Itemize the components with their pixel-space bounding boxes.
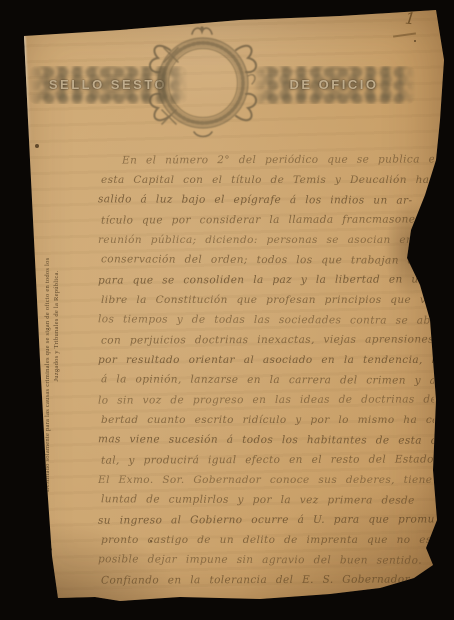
paper-speck [150,540,152,542]
manuscript-line: libre la Constitución que profesan princ… [101,290,434,310]
manuscript-line: En el número 2° del periódico que se pub… [98,149,434,170]
manuscript-line: tal, y producirá igual efecto en el rest… [101,449,434,470]
manuscript-line: á la opinión, lanzarse en la carrera del… [101,369,434,390]
manuscript-line: lo sin voz de progreso en las ideas de d… [98,389,434,410]
manuscript-line: El Exmo. Sor. Gobernador conoce sus debe… [98,470,434,490]
manuscript-line: para que se consoliden la paz y la liber… [98,269,434,290]
manuscript-line: con perjuicios doctrinas inexactas, viej… [101,329,434,350]
manuscript-line: su ingreso al Gobierno ocurre á U. para … [98,509,434,530]
manuscript-line: reunión pública; diciendo: personas se a… [98,230,434,250]
manuscript-line: los tiempos y de todas las sociedades co… [98,309,434,330]
margin-rubric-line: Juzgados y Tribunales de la República. [53,160,62,492]
manuscript-line: conservación del orden; todos los que tr… [101,249,434,270]
manuscript-paper-sheet: 1 SELLO SESTO [0,0,454,620]
manuscript-line: salido á luz bajo el epígrafe á los indi… [98,189,434,210]
scanned-document-photo: 1 SELLO SESTO [0,0,454,620]
paper-speck [44,531,46,534]
manuscript-line: mas viene sucesión á todos los habitante… [98,429,434,450]
paper-speck [414,40,416,42]
printed-margin-rubric: Destinado solamente para las causas crim… [44,160,61,492]
manuscript-line: Confiando en la tolerancia del E. S. Gob… [101,569,434,590]
manuscript-line: bertad cuanto escrito ridículo y por lo … [101,410,434,430]
paper-speck [49,548,52,551]
official-seal-icon [136,24,270,140]
stamp-banner-right: DE OFICIO [252,66,416,104]
manuscript-line: luntad de cumplirlos y por la vez primer… [101,489,434,510]
manuscript-line: posible dejar impune sin agravio del bue… [98,549,434,570]
manuscript-line: tículo que por considerar la llamada fra… [101,209,434,230]
manuscript-line: esta Capital con el título de Temis y De… [101,170,434,190]
margin-rubric-line: Destinado solamente para las causas crim… [44,160,53,492]
stamp-banner-right-label: DE OFICIO [252,66,416,104]
folio-number-underline [393,32,416,37]
manuscript-line: por resultado orientar al asociado en la… [98,350,434,370]
manuscript-lines: En el número 2° del periódico que se pub… [98,150,434,590]
paper-speck [35,144,39,148]
folio-number: 1 [404,9,416,29]
